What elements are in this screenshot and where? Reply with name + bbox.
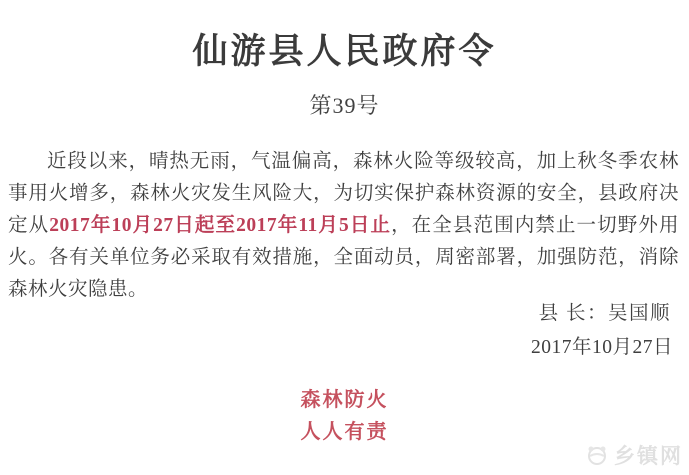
highlighted-date-range: 2017年10月27日起至2017年11月5日止 xyxy=(49,215,391,236)
slogan-line-1: 森林防火 xyxy=(0,383,689,412)
sign-date: 2017年10月27日 xyxy=(531,331,673,359)
government-decree-document: 仙游县人民政府令 第39号 近段以来，晴热无雨，气温偏高，森林火险等级较高，加上… xyxy=(0,0,689,475)
decree-body-paragraph: 近段以来，晴热无雨，气温偏高，森林火险等级较高，加上秋冬季农林事用火增多，森林火… xyxy=(8,146,679,306)
site-watermark: 乡镇网 xyxy=(585,440,683,470)
decree-number: 第39号 xyxy=(0,89,689,120)
panda-globe-logo-icon xyxy=(585,443,609,467)
signer-line: 县 长：吴国顺 xyxy=(539,297,671,325)
document-title: 仙游县人民政府令 xyxy=(0,24,689,74)
watermark-site-name: 乡镇网 xyxy=(614,440,683,470)
